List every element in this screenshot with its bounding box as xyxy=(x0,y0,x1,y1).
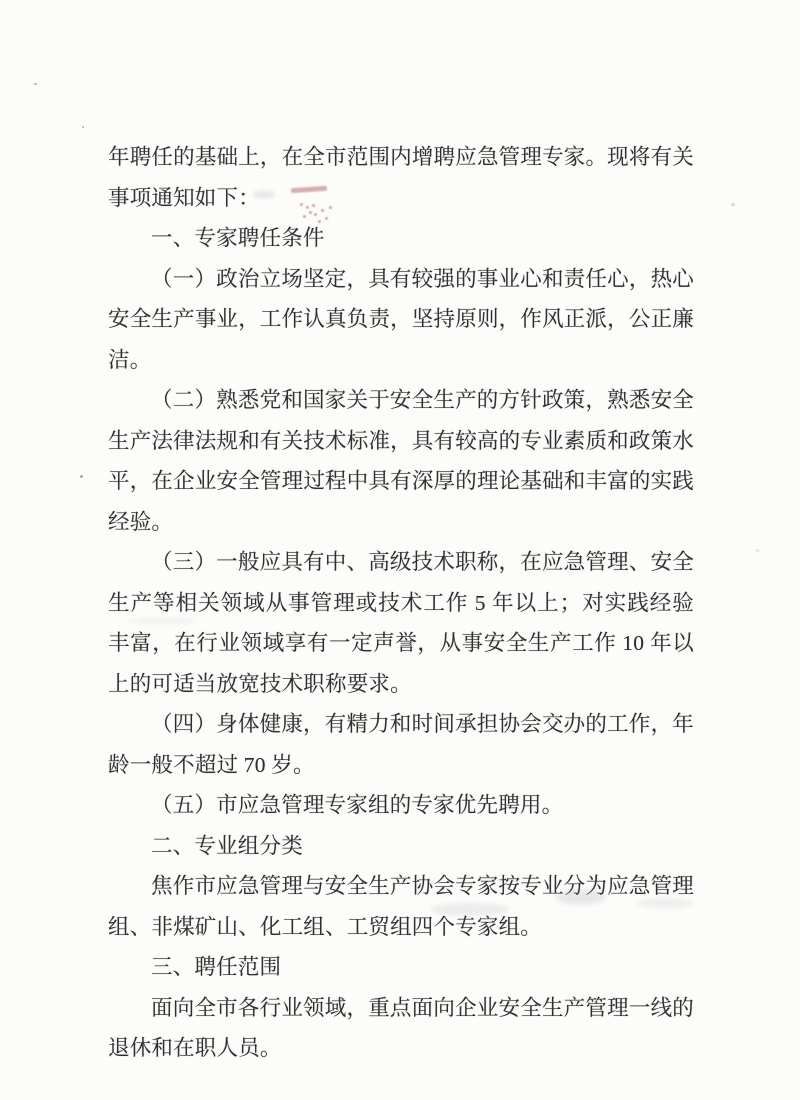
section-2-body: 焦作市应急管理与安全生产协会专家按专业分为应急管理组、非煤矿山、化工组、工贸组四… xyxy=(108,866,694,947)
section-1-item-2: （二）熟悉党和国家关于安全生产的方针政策，熟悉安全生产法律法规和有关技术标准，具… xyxy=(108,380,694,542)
section-1-heading: 一、专家聘任条件 xyxy=(108,218,694,259)
section-1-item-1: （一）政治立场坚定，具有较强的事业心和责任心，热心安全生产事业，工作认真负责，坚… xyxy=(108,259,694,381)
section-1-item-4: （四）身体健康，有精力和时间承担协会交办的工作，年龄一般不超过 70 岁。 xyxy=(108,704,694,785)
section-3-body: 面向全市各行业领域，重点面向企业安全生产管理一线的退休和在职人员。 xyxy=(108,988,694,1069)
paragraph-continuation: 年聘任的基础上，在全市范围内增聘应急管理专家。现将有关事项通知如下： xyxy=(108,137,694,218)
scan-speck xyxy=(731,203,735,206)
scan-speck xyxy=(82,126,84,128)
document-text-block: 年聘任的基础上，在全市范围内增聘应急管理专家。现将有关事项通知如下： 一、专家聘… xyxy=(108,137,694,1069)
scan-speck xyxy=(80,475,83,478)
scan-speck xyxy=(34,83,37,85)
section-2-heading: 二、专业组分类 xyxy=(108,826,694,867)
scan-speck xyxy=(756,549,759,552)
scanned-document-page: 年聘任的基础上，在全市范围内增聘应急管理专家。现将有关事项通知如下： 一、专家聘… xyxy=(0,0,800,1100)
section-1-item-5: （五）市应急管理专家组的专家优先聘用。 xyxy=(108,785,694,826)
section-3-heading: 三、聘任范围 xyxy=(108,947,694,988)
section-1-item-3: （三）一般应具有中、高级技术职称，在应急管理、安全生产等相关领域从事管理或技术工… xyxy=(108,542,694,704)
